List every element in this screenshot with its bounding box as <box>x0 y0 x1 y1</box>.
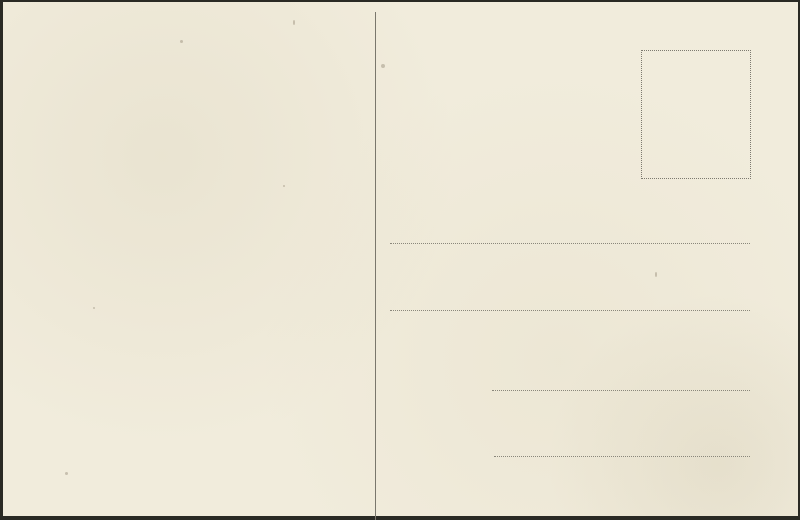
paper-speck <box>180 40 183 43</box>
center-divider-line <box>375 12 376 520</box>
paper-speck <box>93 307 95 309</box>
paper-speck <box>381 64 385 68</box>
paper-speck <box>65 472 68 475</box>
address-line-2 <box>390 310 750 311</box>
stamp-box <box>641 50 751 179</box>
postcard-back <box>3 2 798 516</box>
address-line-1 <box>390 243 750 244</box>
address-line-3 <box>492 390 750 391</box>
message-area <box>3 2 373 516</box>
paper-speck <box>655 272 657 277</box>
address-line-4 <box>494 456 750 457</box>
paper-speck <box>293 20 295 25</box>
paper-speck <box>283 185 285 187</box>
